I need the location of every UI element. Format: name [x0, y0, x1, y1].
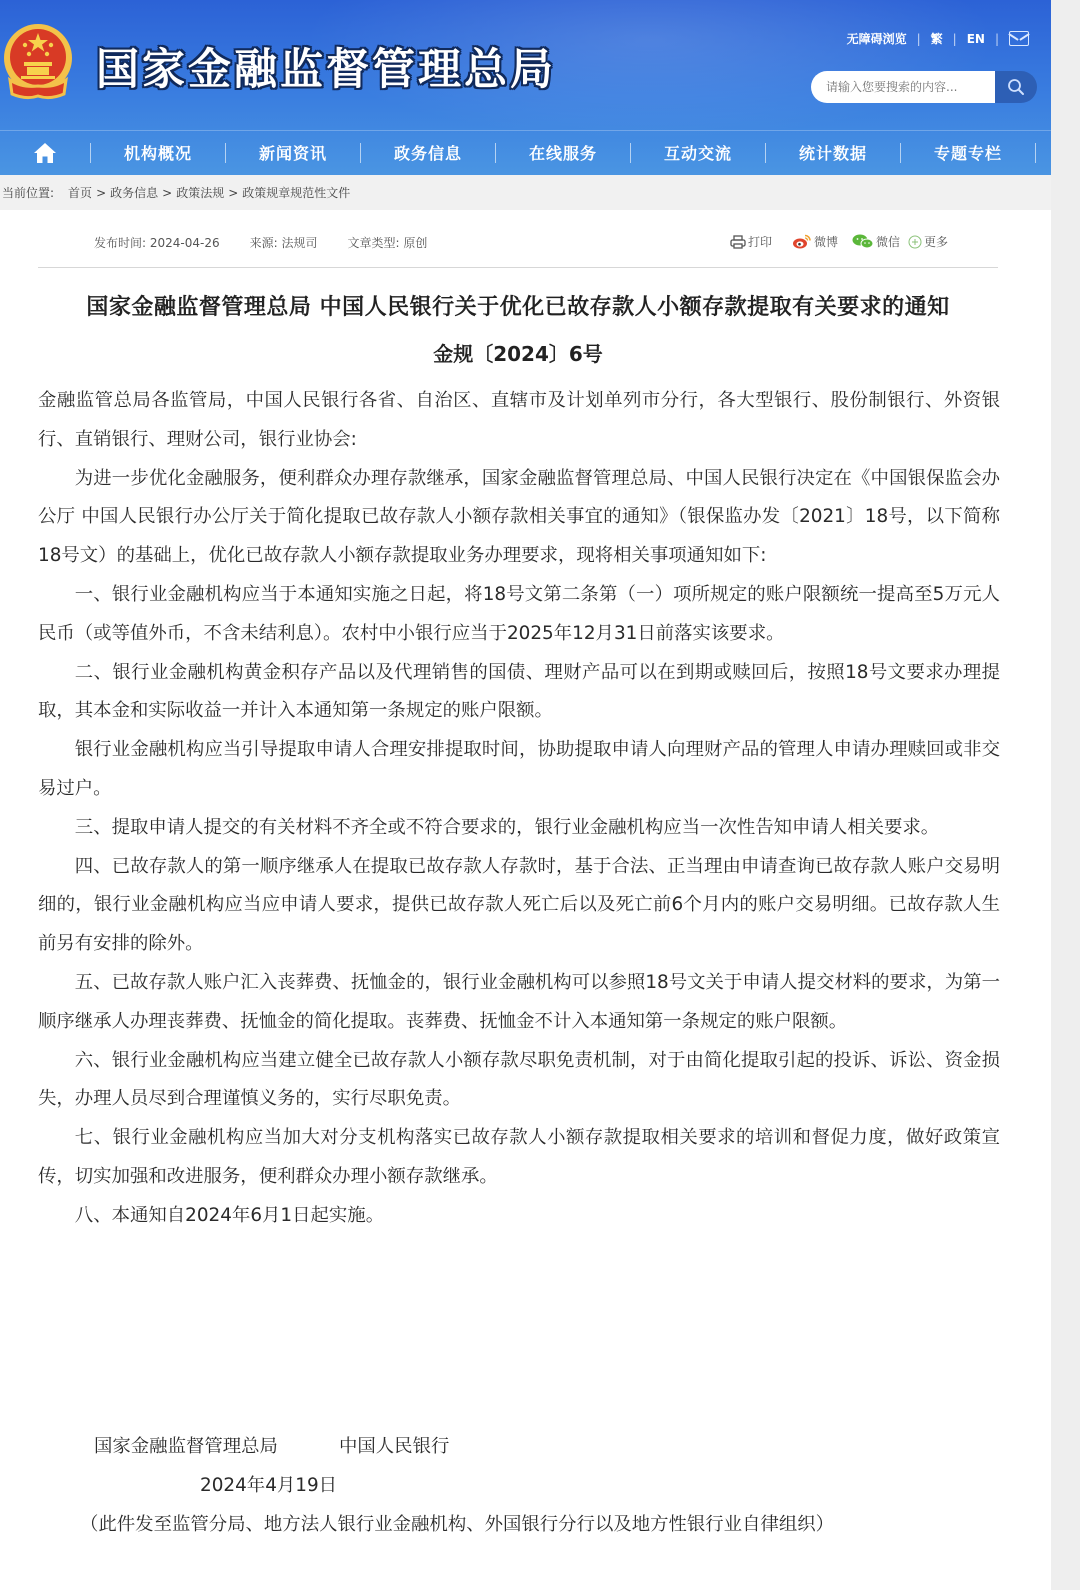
print-label: 打印: [748, 233, 772, 250]
breadcrumb: 当前位置: 首页 > 政务信息 > 政策法规 > 政策规章规范性文件: [0, 175, 1051, 210]
paragraph-5: 五、已故存款人账户汇入丧葬费、抚恤金的，银行业金融机构可以参照18号文关于申请人…: [38, 964, 1000, 1042]
addressee: 金融监管总局各监管局，中国人民银行各省、自治区、直辖市及计划单列市分行，各大型银…: [38, 382, 1000, 460]
top-links: 无障碍浏览 | 繁 | EN |: [847, 30, 1029, 47]
distribution-note: （此件发至监管分局、地方法人银行业金融机构、外国银行分行以及地方性银行业自律组织…: [80, 1510, 834, 1536]
share-bar: 打印 微博 微信: [730, 233, 948, 250]
breadcrumb-regulations[interactable]: 政策规章规范性文件: [242, 184, 350, 201]
breadcrumb-government-info[interactable]: 政务信息: [110, 184, 158, 201]
wechat-icon: [852, 234, 874, 249]
paragraph-2b: 银行业金融机构应当引导提取申请人合理安排提取时间，协助提取申请人向理财产品的管理…: [38, 731, 1000, 809]
home-icon: [33, 142, 57, 164]
search-bar: [811, 71, 1037, 103]
breadcrumb-label: 当前位置:: [2, 184, 54, 201]
paragraph-1: 一、银行业金融机构应当于本通知实施之日起，将18号文第二条第（一）项所规定的账户…: [38, 576, 1000, 654]
article-source: 来源: 法规司: [250, 234, 318, 251]
weibo-label: 微博: [814, 233, 838, 250]
divider: |: [953, 32, 957, 46]
english-link[interactable]: EN: [967, 32, 985, 46]
breadcrumb-home[interactable]: 首页: [68, 184, 92, 201]
breadcrumb-separator: >: [228, 186, 238, 200]
article-type: 文章类型: 原创: [347, 234, 427, 251]
printer-icon: [730, 235, 746, 249]
article-body: 金融监管总局各监管局，中国人民银行各省、自治区、直辖市及计划单列市分行，各大型银…: [38, 382, 1000, 1236]
national-emblem-icon: [2, 22, 74, 104]
mail-icon[interactable]: [1009, 31, 1029, 46]
search-icon: [1007, 78, 1025, 96]
signature-issuer-2: 中国人民银行: [339, 1432, 449, 1458]
breadcrumb-separator: >: [162, 186, 172, 200]
accessibility-link[interactable]: 无障碍浏览: [847, 30, 907, 47]
publish-date: 发布时间: 2024-04-26: [94, 234, 220, 251]
paragraph-2: 二、银行业金融机构黄金积存产品以及代理销售的国债、理财产品可以在到期或赎回后，按…: [38, 654, 1000, 732]
wechat-share-button[interactable]: 微信: [852, 233, 900, 250]
nav-item-interaction[interactable]: 互动交流: [631, 141, 765, 164]
paragraph-8: 八、本通知自2024年6月1日起实施。: [38, 1197, 1000, 1236]
nav-divider: [1035, 143, 1036, 163]
article-title: 国家金融监督管理总局 中国人民银行关于优化已故存款人小额存款提取有关要求的通知: [38, 290, 998, 321]
breadcrumb-policies[interactable]: 政策法规: [176, 184, 224, 201]
main-nav: 机构概况 新闻资讯 政务信息 在线服务 互动交流 统计数据 专题专栏: [0, 130, 1051, 174]
nav-home[interactable]: [0, 142, 90, 164]
document-number: 金规〔2024〕6号: [38, 338, 998, 367]
nav-item-online-services[interactable]: 在线服务: [496, 141, 630, 164]
breadcrumb-separator: >: [96, 186, 106, 200]
traditional-chinese-link[interactable]: 繁: [931, 30, 943, 47]
site-title: 国家金融监督管理总局: [96, 36, 556, 97]
nav-item-about[interactable]: 机构概况: [91, 141, 225, 164]
more-share-button[interactable]: 更多: [908, 233, 948, 250]
wechat-label: 微信: [876, 233, 900, 250]
paragraph-4: 四、已故存款人的第一顺序继承人在提取已故存款人存款时，基于合法、正当理由申请查询…: [38, 848, 1000, 964]
article-meta: 发布时间: 2024-04-26 来源: 法规司 文章类型: 原创: [94, 234, 427, 251]
search-button[interactable]: [995, 71, 1037, 103]
signature-date: 2024年4月19日: [200, 1471, 337, 1497]
divider: |: [995, 32, 999, 46]
weibo-icon: [792, 234, 812, 249]
paragraph-6: 六、银行业金融机构应当建立健全已故存款人小额存款尽职免责机制，对于由简化提取引起…: [38, 1042, 1000, 1120]
weibo-share-button[interactable]: 微博: [792, 233, 838, 250]
nav-item-news[interactable]: 新闻资讯: [226, 141, 360, 164]
divider: |: [917, 32, 921, 46]
nav-item-special-topics[interactable]: 专题专栏: [901, 141, 1035, 164]
nav-item-government-info[interactable]: 政务信息: [361, 141, 495, 164]
paragraph-intro: 为进一步优化金融服务，便利群众办理存款继承，国家金融监督管理总局、中国人民银行决…: [38, 460, 1000, 576]
paragraph-7: 七、银行业金融机构应当加大对分支机构落实已故存款人小额存款提取相关要求的培训和督…: [38, 1119, 1000, 1197]
nav-item-statistics[interactable]: 统计数据: [766, 141, 900, 164]
search-input[interactable]: [811, 71, 995, 103]
divider: [38, 267, 998, 268]
print-button[interactable]: 打印: [730, 233, 772, 250]
signature-issuer-1: 国家金融监督管理总局: [94, 1432, 278, 1458]
site-header: 国家金融监督管理总局 无障碍浏览 | 繁 | EN |: [0, 0, 1051, 175]
plus-circle-icon: [908, 235, 922, 249]
page: 国家金融监督管理总局 无障碍浏览 | 繁 | EN |: [0, 0, 1051, 1590]
more-label: 更多: [924, 233, 948, 250]
paragraph-3: 三、提取申请人提交的有关材料不齐全或不符合要求的，银行业金融机构应当一次性告知申…: [38, 809, 1000, 848]
